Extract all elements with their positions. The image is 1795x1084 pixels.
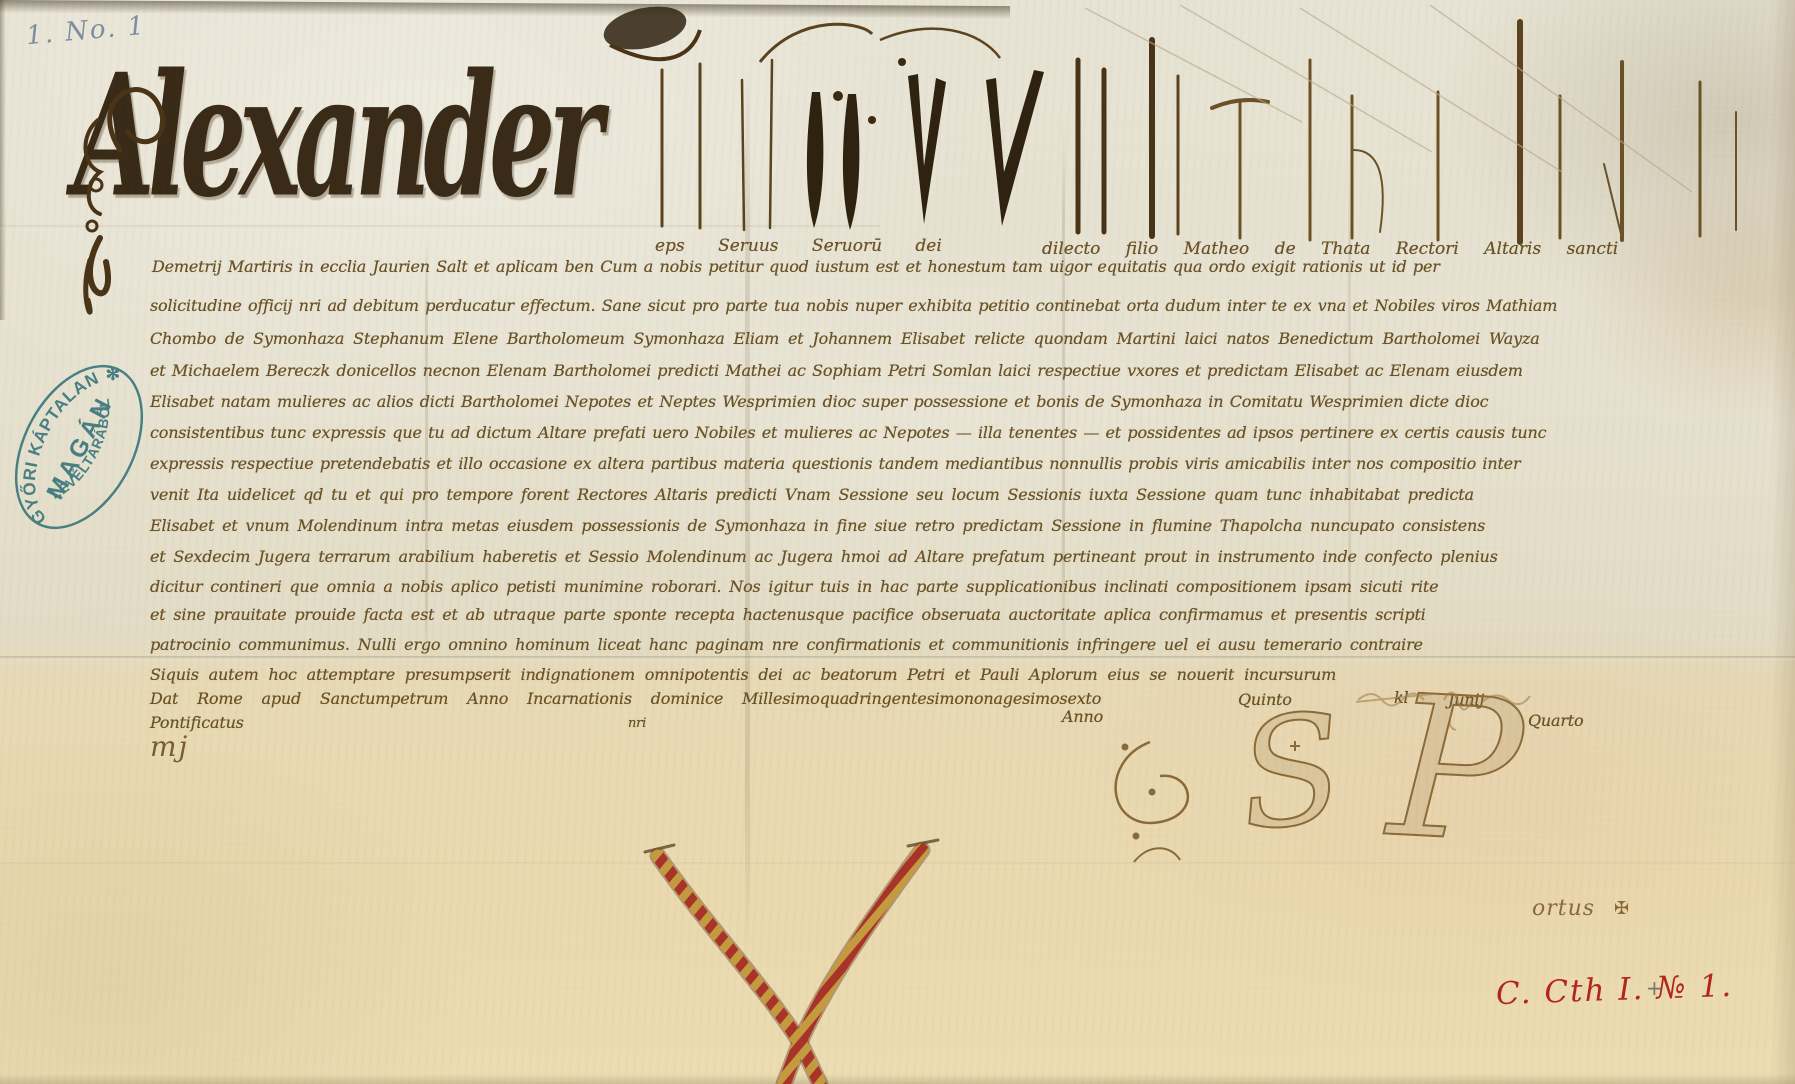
chancery-scribble (1356, 692, 1530, 730)
scratch-lines (1085, 5, 1692, 192)
seal-cords-icon (645, 840, 938, 1084)
pen-flourish-icon (1116, 741, 1300, 862)
pen-flourish-icon (85, 90, 162, 313)
ink-decoration-layer (0, 0, 1795, 1084)
parchment-charter: 1. No. 1 Alexander eps Seruus Seruorū de… (0, 0, 1795, 1084)
elongated-letters-icon (662, 22, 1736, 242)
